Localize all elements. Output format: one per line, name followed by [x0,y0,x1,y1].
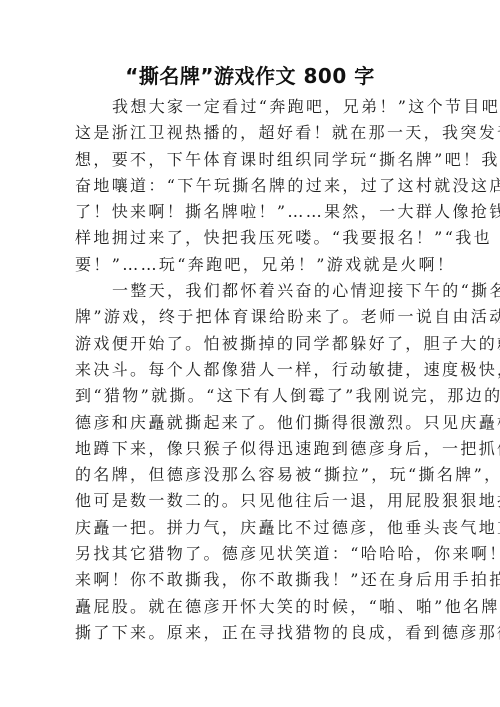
document-page: “撕名牌”游戏作文 800 字 我想大家一定看过“奔跑吧，兄弟！”这个节目吧！ … [0,0,500,707]
text-line-4: 奋地嚷道：“下午玩撕名牌的过来，过了这村就没这店 [75,173,427,199]
text-line-20: 矗屁股。就在德彦开怀大笑的时候，“啪、啪”他名牌被 [75,594,427,620]
text-line-13: 德彦和庆矗就撕起来了。他们撕得很激烈。只见庆矗机灵 [75,410,427,436]
text-line-18: 另找其它猎物了。德彦见状笑道：“哈哈哈，你来啊！你 [75,541,427,567]
text-line-5: 了！快来啊！撕名牌啦！”……果然，一大群人像抢钱一 [75,199,427,225]
text-line-21: 撕了下来。原来，正在寻找猎物的良成，看到德彦那得意 [75,620,427,646]
text-line-12: 到“猎物”就撕。“这下有人倒霉了”我刚说完，那边的 [75,383,427,409]
text-line-17: 庆矗一把。拼力气，庆矗比不过德彦，他垂头丧气地直想 [75,515,427,541]
text-line-19: 来啊！你不敢撕我，你不敢撕我！”还在身后用手拍拍庆 [75,567,427,593]
text-line-9: 牌”游戏，终于把体育课给盼来了。老师一说自由活动， [75,304,427,330]
text-line-8: 一整天，我们都怀着兴奋的心情迎接下午的“撕名 [75,278,427,304]
document-title: “撕名牌”游戏作文 800 字 [0,62,500,90]
text-line-7: 要！”……玩“奔跑吧，兄弟！”游戏就是火啊！ [75,252,427,278]
text-line-3: 想，要不，下午体育课时组织同学玩“撕名牌”吧！我兴 [75,147,427,173]
text-line-15: 的名牌，但德彦没那么容易被“撕拉”，玩“撕名牌”， [75,462,427,488]
text-line-10: 游戏便开始了。怕被撕掉的同学都躲好了，胆子大的就出 [75,331,427,357]
text-line-1: 我想大家一定看过“奔跑吧，兄弟！”这个节目吧！ [75,94,427,120]
text-line-14: 地蹲下来，像只猴子似得迅速跑到德彦身后，一把抓住他 [75,436,427,462]
text-line-6: 样地拥过来了，快把我压死喽。“我要报名！”“我也 [75,225,427,251]
text-line-2: 这是浙江卫视热播的，超好看！就在那一天，我突发奇 [75,120,427,146]
essay-body: 我想大家一定看过“奔跑吧，兄弟！”这个节目吧！ 这是浙江卫视热播的，超好看！就在… [75,94,427,646]
text-line-11: 来决斗。每个人都像猎人一样，行动敏捷，速度极快，见 [75,357,427,383]
text-line-16: 他可是数一数二的。只见他往后一退，用屁股狠狠地推了 [75,488,427,514]
